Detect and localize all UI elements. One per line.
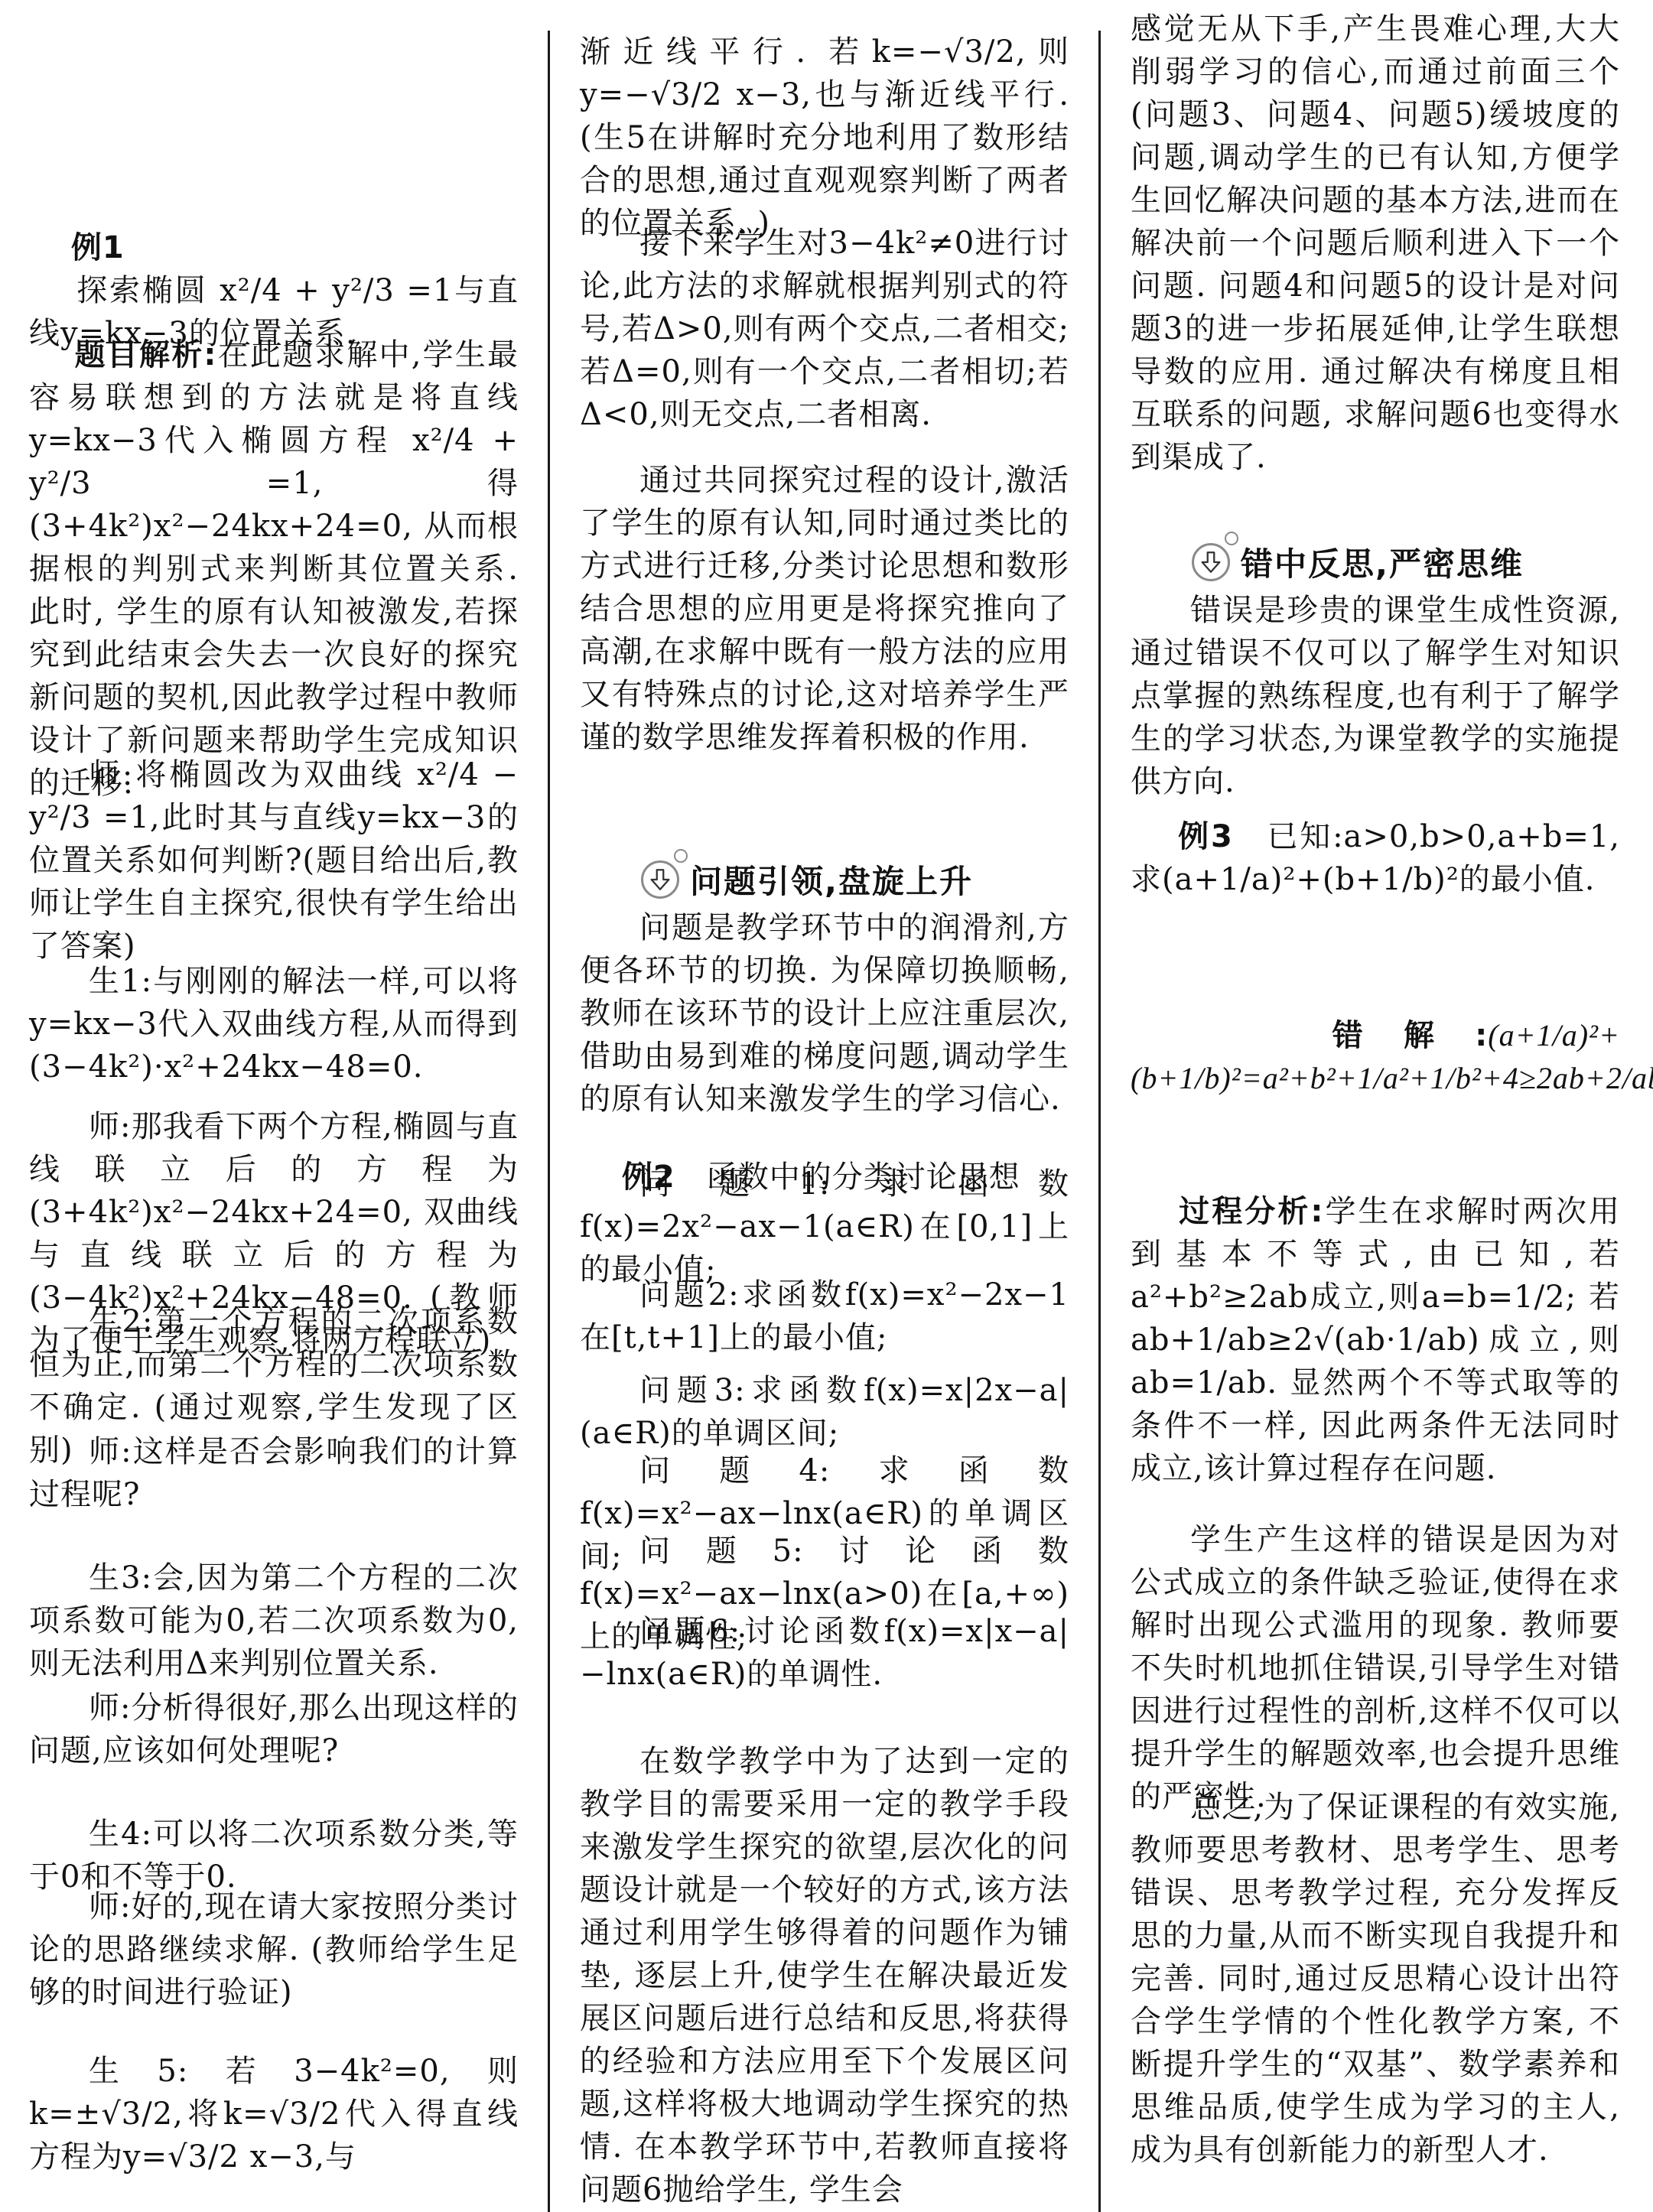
error-cause-paragraph: 学生产生这样的错误是因为对公式成立的条件缺乏验证,使得在求解时出现公式滥用的现象… xyxy=(1131,1518,1620,1818)
discussion-paragraph: 接下来学生对3−4k²≠0进行讨论,此方法的求解就根据判别式的符号,若Δ>0,则… xyxy=(580,222,1069,436)
process-analysis-label: 过程分析: xyxy=(1179,1194,1323,1229)
down-arrow-icon xyxy=(1192,543,1230,581)
question-1: 问题1:求函数f(x)=2x²−ax−1(a∈R)在[0,1]上的最小值; xyxy=(580,1163,1069,1291)
question-2: 问题2:求函数f(x)=x²−2x−1在[t,t+1]上的最小值; xyxy=(580,1274,1069,1359)
summary-paragraph: 通过共同探究过程的设计,激活了学生的原有认知,同时通过类比的方式进行迁移,分类讨… xyxy=(580,459,1069,759)
dialogue-teacher-4: 师:分析得很好,那么出现这样的问题,应该如何处理呢? xyxy=(29,1687,519,1772)
example-label: 例1 xyxy=(71,230,125,265)
analysis-label: 题目解析: xyxy=(75,337,217,372)
section-title: 问题引领,盘旋上升 xyxy=(690,857,973,903)
column-left: 例1 探索椭圆 x²/4 + y²/3 =1与直线y=kx−3的位置关系. 题目… xyxy=(29,0,519,2212)
intro-paragraph: 问题是教学环节中的润滑剂,方便各环节的切换. 为保障切换顺畅, 教师在该环节的设… xyxy=(580,906,1069,1121)
example-3: 例3 已知:a>0,b>0,a+b=1,求(a+1/a)²+(b+1/b)²的最… xyxy=(1131,773,1620,944)
down-arrow-icon xyxy=(641,860,679,899)
column-right: 感觉无从下手,产生畏难心理,大大削弱学习的信心,而通过前面三个(问题3、问题4、… xyxy=(1131,0,1620,2212)
process-analysis-text: 学生在求解时两次用到基本不等式,由已知,若a²+b²≥2ab成立,则a=b=1/… xyxy=(1131,1194,1620,1486)
dialogue-student-3: 生3:会,因为第二个方程的二次项系数可能为0,若二次项系数为0,则无法利用Δ来判… xyxy=(29,1557,519,1685)
section-heading: 错中反思,严密思维 xyxy=(1192,535,1524,589)
section-title: 错中反思,严密思维 xyxy=(1241,539,1524,585)
conclusion-paragraph: 总之,为了保证课程的有效实施,教师要思考教材、思考学生、思考错误、思考教学过程,… xyxy=(1131,1786,1620,2171)
question-3: 问题3:求函数f(x)=x|2x−a|(a∈R)的单调区间; xyxy=(580,1369,1069,1455)
dialogue-teacher-1: 师:将椭圆改为双曲线 x²/4 − y²/3 =1,此时其与直线y=kx−3的位… xyxy=(29,753,519,968)
dialogue-student-1: 生1:与刚刚的解法一样,可以将y=kx−3代入双曲线方程,从而得到(3−4k²)… xyxy=(29,960,519,1088)
continued-paragraph: 感觉无从下手,产生畏难心理,大大削弱学习的信心,而通过前面三个(问题3、问题4、… xyxy=(1131,8,1620,479)
analysis-text: 在此题求解中,学生最容易联想到的方法就是将直线y=kx−3代入椭圆方程 x²/4… xyxy=(29,337,529,801)
process-analysis: 过程分析:学生在求解时两次用到基本不等式,由已知,若a²+b²≥2ab成立,则a… xyxy=(1131,1147,1620,1533)
column-divider xyxy=(1098,31,1101,2212)
question-6: 问题6:讨论函数f(x)=x|x−a|−lnx(a∈R)的单调性. xyxy=(580,1610,1069,1696)
continued-paragraph: 渐近线平行. 若k=−√3/2,则y=−√3/2 x−3,也与渐近线平行. (生… xyxy=(580,31,1069,245)
example-label: 例3 xyxy=(1178,819,1233,854)
reflection-paragraph: 在数学教学中为了达到一定的教学目的需要采用一定的教学手段来激发学生探究的欲望,层… xyxy=(580,1740,1069,2211)
wrong-solution-label: 错解: xyxy=(1332,1018,1488,1053)
column-middle: 渐近线平行. 若k=−√3/2,则y=−√3/2 x−3,也与渐近线平行. (生… xyxy=(580,0,1069,2212)
section-heading: 问题引领,盘旋上升 xyxy=(641,853,973,906)
wrong-solution: 错解:(a+1/a)²+(b+1/b)²=a²+b²+1/a²+1/b²+4≥2… xyxy=(1131,971,1620,1143)
dialogue-student-5: 生5:若3−4k²=0,则k=±√3/2,将k=√3/2代入得直线方程为y=√3… xyxy=(29,2050,519,2178)
dialogue-teacher-5: 师:好的,现在请大家按照分类讨论的思路继续求解. (教师给学生足够的时间进行验证… xyxy=(29,1885,519,2014)
dialogue-teacher-3: 师:这样是否会影响我们的计算过程呢? xyxy=(29,1430,519,1516)
column-divider xyxy=(548,31,550,2212)
error-intro-paragraph: 错误是珍贵的课堂生成性资源,通过错误不仅可以了解学生对知识点掌握的熟练程度,也有… xyxy=(1131,589,1620,803)
